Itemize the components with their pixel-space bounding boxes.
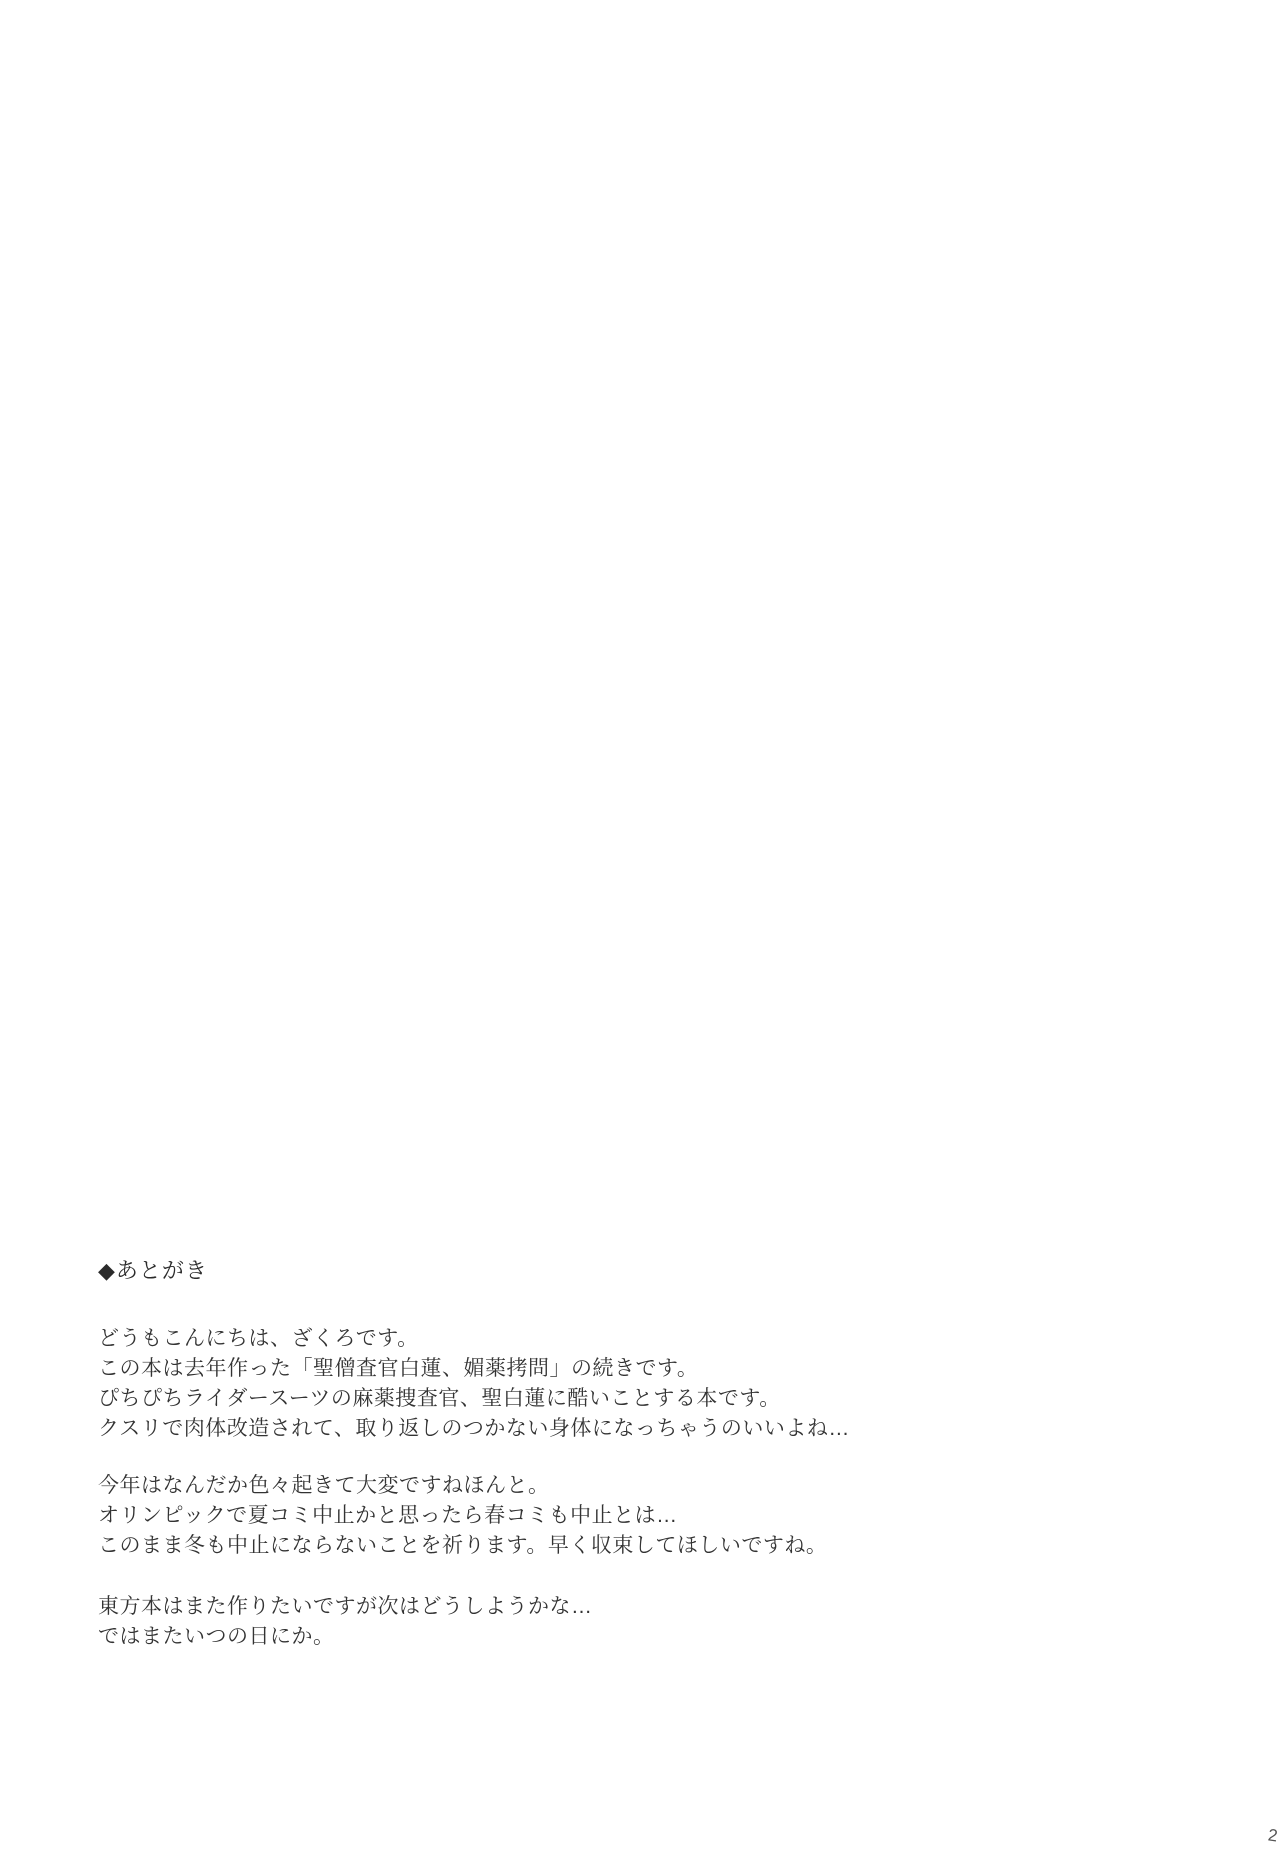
text-line: 東方本はまた作りたいですが次はどうしようかな…	[98, 1592, 593, 1622]
text-line: ではまたいつの日にか。	[98, 1622, 593, 1652]
page-number: 2	[1267, 1825, 1279, 1846]
text-line: クスリで肉体改造されて、取り返しのつかない身体になっちゃうのいいよね…	[98, 1414, 850, 1444]
text-line: オリンピックで夏コミ中止かと思ったら春コミも中止とは…	[98, 1501, 827, 1531]
text-line: このまま冬も中止にならないことを祈ります。早く収束してほしいですね。	[98, 1531, 827, 1561]
afterword-page: ◆あとがき どうもこんにちは、ざくろです。 この本は去年作った「聖僧査官白蓮、媚…	[0, 0, 1280, 1851]
text-line: どうもこんにちは、ざくろです。	[98, 1324, 850, 1354]
text-line: この本は去年作った「聖僧査官白蓮、媚薬拷問」の続きです。	[98, 1354, 850, 1384]
afterword-paragraph-1: どうもこんにちは、ざくろです。 この本は去年作った「聖僧査官白蓮、媚薬拷問」の続…	[98, 1324, 850, 1444]
text-line: ぴちぴちライダースーツの麻薬捜査官、聖白蓮に酷いことする本です。	[98, 1384, 850, 1414]
text-line: 今年はなんだか色々起きて大変ですねほんと。	[98, 1471, 827, 1501]
page-title: ◆あとがき	[98, 1256, 208, 1286]
afterword-paragraph-3: 東方本はまた作りたいですが次はどうしようかな… ではまたいつの日にか。	[98, 1592, 593, 1652]
afterword-paragraph-2: 今年はなんだか色々起きて大変ですねほんと。 オリンピックで夏コミ中止かと思ったら…	[98, 1471, 827, 1561]
